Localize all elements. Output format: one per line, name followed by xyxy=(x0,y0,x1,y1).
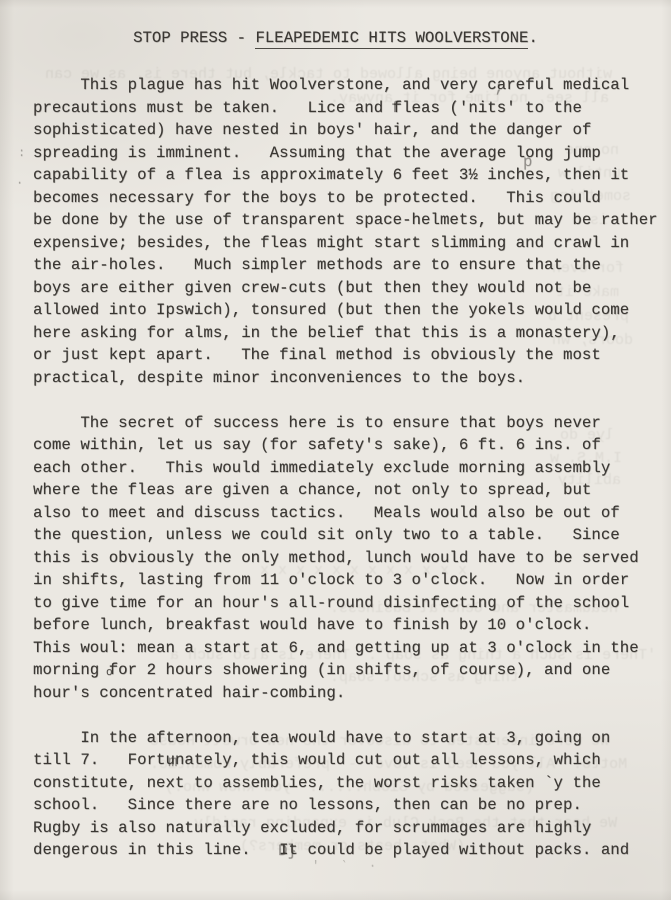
text-line: each other. This would immediately exclu… xyxy=(33,457,668,480)
paragraph: The secret of success here is to ensure … xyxy=(33,412,668,705)
paragraph: This plague has hit Woolverstone, and ve… xyxy=(33,74,668,389)
text-line: morning for 2 hours showering (in shifts… xyxy=(33,659,668,682)
scanned-typewritten-page: STOP PRESS - FLEAPEDEMIC HITS WOOLVERSTO… xyxy=(0,0,671,900)
text-line: in shifts, lasting from 11 o'clock to 3 … xyxy=(33,569,668,592)
text-line: here asking for alms, in the belief that… xyxy=(33,322,668,345)
document-body: This plague has hit Woolverstone, and ve… xyxy=(33,74,668,884)
text-line: be done by the use of transparent space-… xyxy=(33,209,668,232)
text-line: the air-holes. Much simpler methods are … xyxy=(33,254,668,277)
text-line: hour's concentrated hair-combing. xyxy=(33,682,668,705)
text-line: constitute, next to assemblies, the wors… xyxy=(33,772,668,795)
title-prefix: STOP PRESS - xyxy=(133,29,255,47)
text-line: also to meet and discuss tactics. Meals … xyxy=(33,502,668,525)
text-line: In the afternoon, tea would have to star… xyxy=(33,727,668,750)
typewriter-artifact: · xyxy=(16,176,23,190)
text-line: precautions must be taken. Lice and flea… xyxy=(33,97,668,120)
text-line: This plague has hit Woolverstone, and ve… xyxy=(33,74,668,97)
title-suffix: . xyxy=(528,29,537,47)
text-line: the question, unless we could sit only t… xyxy=(33,524,668,547)
paragraph: In the afternoon, tea would have to star… xyxy=(33,727,668,862)
text-line: dengerous in this line. It could be play… xyxy=(33,839,668,862)
text-line: Rugby is also naturally excluded, for sc… xyxy=(33,817,668,840)
text-line: capability of a flea is approximately 6 … xyxy=(33,164,668,187)
text-line: where the fleas are given a chance, not … xyxy=(33,479,668,502)
page-title: STOP PRESS - FLEAPEDEMIC HITS WOOLVERSTO… xyxy=(0,29,671,47)
text-line: boys are either given crew-cuts (but the… xyxy=(33,277,668,300)
typewriter-artifact: : xyxy=(18,146,25,160)
text-line: till 7. Fortunately, this would cut out … xyxy=(33,749,668,772)
title-underlined-text: FLEAPEDEMIC HITS WOOLVERSTONE xyxy=(255,29,528,49)
text-line: becomes necessary for the boys to be pro… xyxy=(33,187,668,210)
text-line: spreading is imminent. Assuming that the… xyxy=(33,142,668,165)
text-line: sophisticated) have nested in boys' hair… xyxy=(33,119,668,142)
text-line: to give time for an hour's all-round dis… xyxy=(33,592,668,615)
text-line: This woul: mean a start at 6, and gettin… xyxy=(33,637,668,660)
text-line: before lunch, breakfast would have to fi… xyxy=(33,614,668,637)
text-line: come within, let us say (for safety's sa… xyxy=(33,434,668,457)
text-line: practical, despite minor inconveniences … xyxy=(33,367,668,390)
text-line: allowed into Ipswich), tonsured (but the… xyxy=(33,299,668,322)
text-line: or just kept apart. The final method is … xyxy=(33,344,668,367)
text-line: expensive; besides, the fleas might star… xyxy=(33,232,668,255)
text-line: this is obviously the only method, lunch… xyxy=(33,547,668,570)
text-line: school. Since there are no lessons, then… xyxy=(33,794,668,817)
text-line: The secret of success here is to ensure … xyxy=(33,412,668,435)
